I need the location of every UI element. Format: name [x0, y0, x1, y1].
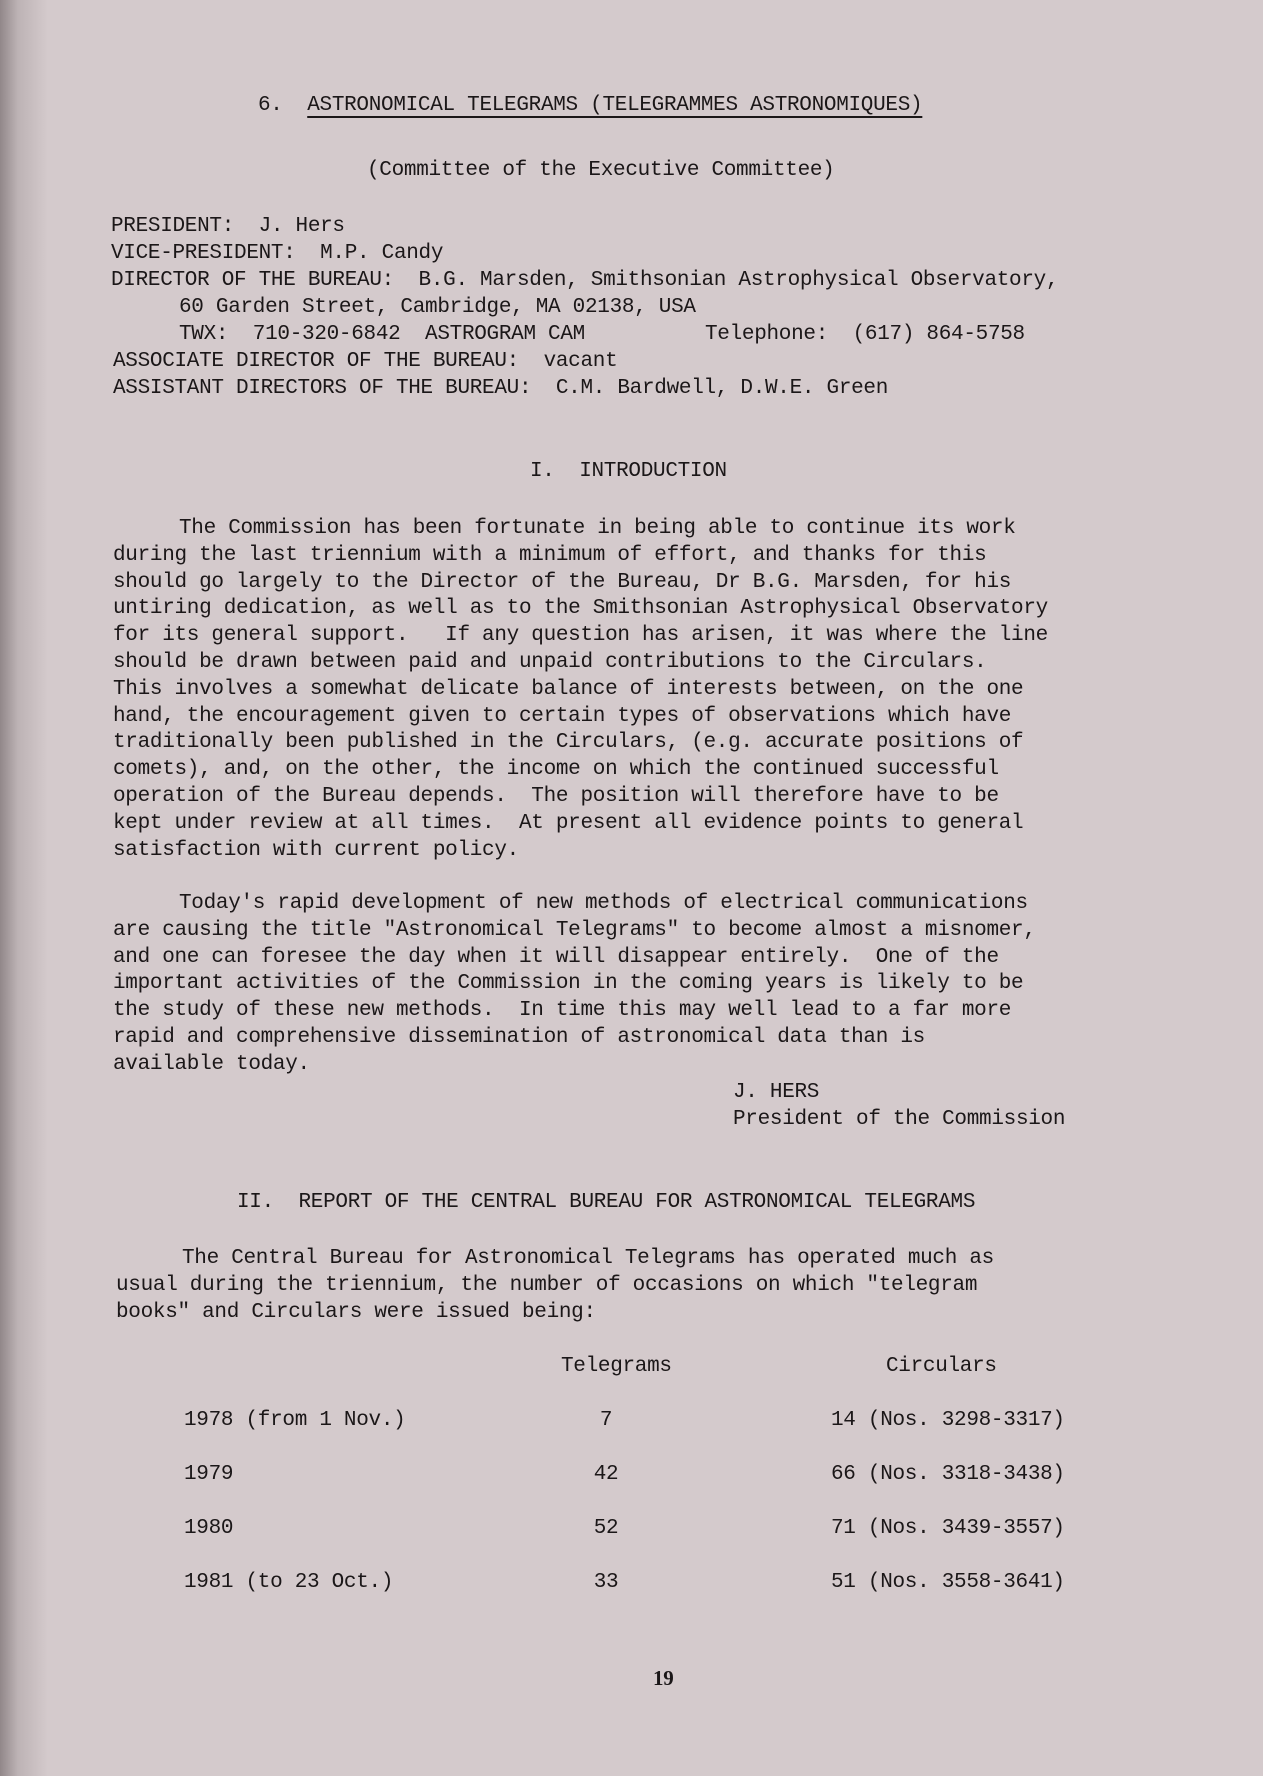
intro-p1-line: kept under review at all times. At prese…	[113, 810, 1023, 837]
officer-assistant-directors: ASSISTANT DIRECTORS OF THE BUREAU: C.M. …	[113, 375, 888, 402]
section-title-text: ASTRONOMICAL TELEGRAMS (TELEGRAMMES ASTR…	[307, 94, 922, 117]
cell-period: 1981 (to 23 Oct.)	[184, 1569, 393, 1596]
intro-p1-line: comets), and, on the other, the income o…	[113, 756, 999, 783]
officer-president: PRESIDENT: J. Hers	[111, 213, 345, 240]
cell-period: 1978 (from 1 Nov.)	[184, 1407, 405, 1434]
officer-vice-president: VICE-PRESIDENT: M.P. Candy	[111, 240, 443, 267]
column-header-circulars: Circulars	[886, 1353, 997, 1380]
section-title: 6. ASTRONOMICAL TELEGRAMS (TELEGRAMMES A…	[258, 92, 922, 119]
intro-p1-line: operation of the Bureau depends. The pos…	[113, 783, 999, 810]
officer-director: DIRECTOR OF THE BUREAU: B.G. Marsden, Sm…	[111, 267, 1058, 294]
intro-p1-line: during the last triennium with a minimum…	[113, 542, 986, 569]
intro-p1-line: untiring dedication, as well as to the S…	[113, 595, 1048, 622]
signature-title: President of the Commission	[733, 1106, 1065, 1133]
report-p-line: usual during the triennium, the number o…	[116, 1272, 977, 1299]
report-p-line: The Central Bureau for Astronomical Tele…	[182, 1245, 994, 1272]
signature-name: J. HERS	[733, 1079, 819, 1106]
page-number: 19	[653, 1665, 673, 1692]
cell-telegrams: 33	[566, 1569, 646, 1596]
cell-period: 1979	[184, 1461, 233, 1488]
cell-telegrams: 52	[566, 1515, 646, 1542]
intro-p1-line: traditionally been published in the Circ…	[113, 729, 1023, 756]
section-subtitle: (Committee of the Executive Committee)	[367, 157, 834, 184]
officer-associate-director: ASSOCIATE DIRECTOR OF THE BUREAU: vacant	[113, 348, 617, 375]
intro-p1-line: hand, the encouragement given to certain…	[113, 703, 1011, 730]
intro-p2-line: Today's rapid development of new methods…	[179, 890, 1028, 917]
document-page: 6. ASTRONOMICAL TELEGRAMS (TELEGRAMMES A…	[0, 0, 1263, 1776]
intro-p1-line: satisfaction with current policy.	[113, 837, 519, 864]
intro-p2-line: and one can foresee the day when it will…	[113, 944, 999, 971]
introduction-heading: I. INTRODUCTION	[530, 458, 727, 485]
report-p-line: books" and Circulars were issued being:	[116, 1299, 596, 1326]
cell-telegrams: 42	[566, 1461, 646, 1488]
intro-p2-line: the study of these new methods. In time …	[113, 997, 1011, 1024]
director-twx: TWX: 710-320-6842 ASTROGRAM CAM	[179, 321, 585, 348]
report-heading: II. REPORT OF THE CENTRAL BUREAU FOR AST…	[237, 1189, 975, 1216]
intro-p1-line: should be drawn between paid and unpaid …	[113, 649, 986, 676]
intro-p1-line: should go largely to the Director of the…	[113, 569, 1011, 596]
director-address: 60 Garden Street, Cambridge, MA 02138, U…	[179, 294, 696, 321]
intro-p1-line: for its general support. If any question…	[113, 622, 1048, 649]
cell-circulars: 71 (Nos. 3439-3557)	[831, 1515, 1065, 1542]
cell-period: 1980	[184, 1515, 233, 1542]
intro-p1-line: The Commission has been fortunate in bei…	[179, 515, 1016, 542]
cell-circulars: 14 (Nos. 3298-3317)	[831, 1407, 1065, 1434]
cell-telegrams: 7	[566, 1407, 646, 1434]
cell-circulars: 66 (Nos. 3318-3438)	[831, 1461, 1065, 1488]
cell-circulars: 51 (Nos. 3558-3641)	[831, 1569, 1065, 1596]
intro-p1-line: This involves a somewhat delicate balanc…	[113, 676, 1023, 703]
intro-p2-line: are causing the title "Astronomical Tele…	[113, 917, 1036, 944]
intro-p2-line: available today.	[113, 1051, 310, 1078]
column-header-telegrams: Telegrams	[561, 1353, 672, 1380]
intro-p2-line: important activities of the Commission i…	[113, 970, 1023, 997]
director-telephone: Telephone: (617) 864-5758	[705, 321, 1025, 348]
section-number: 6.	[258, 94, 283, 117]
intro-p2-line: rapid and comprehensive dissemination of…	[113, 1024, 925, 1051]
